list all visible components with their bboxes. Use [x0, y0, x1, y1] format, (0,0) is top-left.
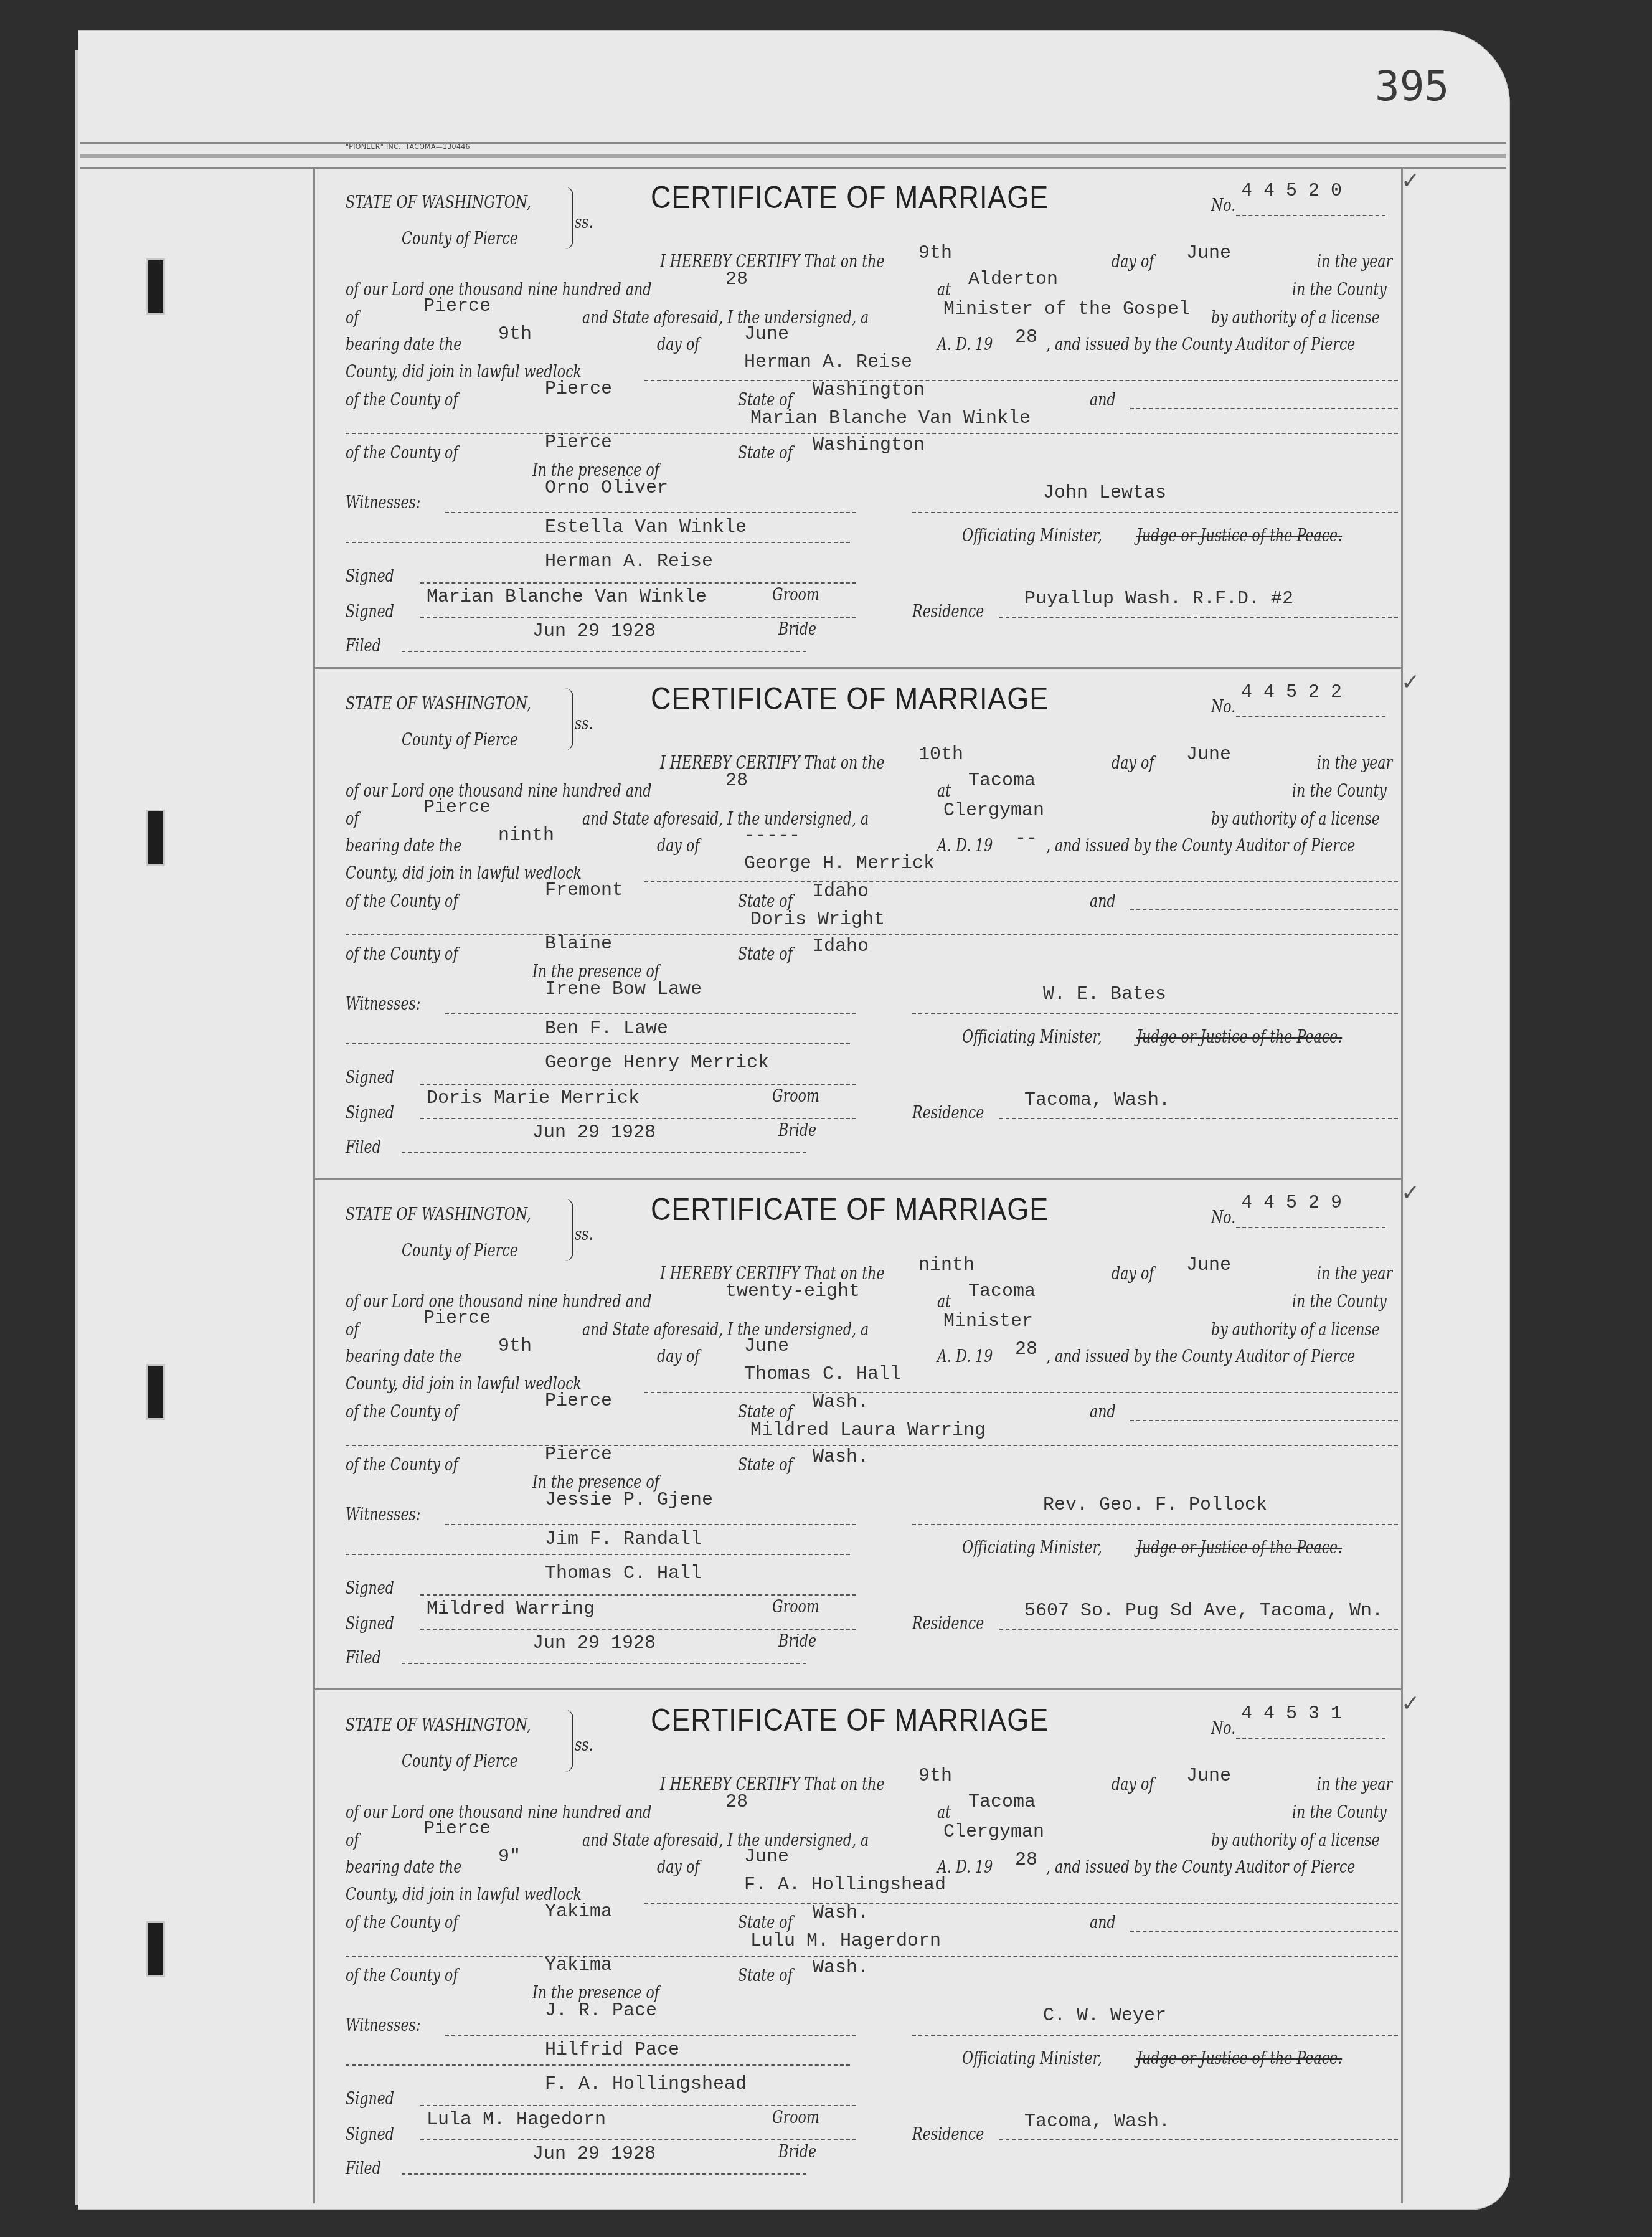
field-line	[402, 2173, 806, 2175]
signed-label: Signed	[346, 1068, 394, 1087]
officiant-name: Rev. Geo. F. Pollock	[1043, 1495, 1267, 1516]
field-line	[644, 380, 1398, 381]
number-line	[1236, 1227, 1385, 1228]
line2-text: at	[937, 1803, 951, 1822]
checkmark-icon: ✓	[1401, 669, 1420, 695]
groom-name: Herman A. Reise	[744, 352, 912, 373]
license-year: --	[1015, 828, 1037, 849]
county-of-label: of the County of	[346, 1913, 458, 1932]
line4-text: , and issued by the County Auditor of Pi…	[1046, 1858, 1355, 1877]
struck-title: Judge or Justice of the Peace.	[1136, 526, 1342, 546]
state-label: STATE OF WASHINGTON,	[346, 1716, 531, 1735]
witnesses-label: Witnesses:	[346, 493, 420, 513]
bride-signature: Mildred Warring	[427, 1599, 595, 1620]
line3-text: by authority of a license	[1211, 308, 1380, 328]
field-line	[644, 1903, 1398, 1904]
struck-title: Judge or Justice of the Peace.	[1136, 1538, 1342, 1558]
and-label: and	[1090, 892, 1116, 911]
marriage-day: ninth	[918, 1255, 975, 1276]
line4-text: A. D. 19	[937, 1347, 993, 1366]
line4-text: A. D. 19	[937, 836, 993, 856]
officiant-name: John Lewtas	[1043, 483, 1166, 504]
line4-text: day of	[657, 1347, 699, 1366]
state-of-label: State of	[738, 1455, 793, 1475]
ss-label: ss.	[575, 1225, 593, 1244]
residence-label: Residence	[912, 2125, 984, 2144]
bride-name: Lulu M. Hagerdorn	[750, 1931, 941, 1952]
bride-name: Marian Blanche Van Winkle	[750, 408, 1031, 429]
line4-text: , and issued by the County Auditor of Pi…	[1046, 1347, 1355, 1366]
line3-text: of	[346, 308, 359, 328]
field-line	[1130, 909, 1398, 910]
certificate-title: CERTIFICATE OF MARRIAGE	[651, 1702, 1049, 1738]
line3-text: and State aforesaid, I the undersigned, …	[582, 308, 869, 328]
bride-label: Bride	[778, 1121, 816, 1140]
field-line	[1130, 408, 1398, 409]
groom-county: Fremont	[545, 880, 623, 901]
field-line	[1130, 1420, 1398, 1421]
state-of-label: State of	[738, 1402, 793, 1422]
witness-1: Irene Bow Lawe	[545, 979, 702, 1000]
state-of-label: State of	[738, 1966, 793, 1985]
witness-2: Estella Van Winkle	[545, 517, 747, 538]
line4-text: day of	[657, 1858, 699, 1877]
line4-text: , and issued by the County Auditor of Pi…	[1046, 836, 1355, 856]
marriage-year: twenty-eight	[725, 1281, 860, 1302]
line2-text: at	[937, 1292, 951, 1312]
bride-signature: Marian Blanche Van Winkle	[427, 587, 707, 608]
line3-text: and State aforesaid, I the undersigned, …	[582, 1831, 869, 1850]
field-line	[912, 1013, 1398, 1014]
residence: 5607 So. Pug Sd Ave, Tacoma, Wn.	[1024, 1601, 1383, 1622]
county-of-label: of the County of	[346, 390, 458, 410]
marriage-day: 9th	[918, 243, 952, 264]
field-line	[420, 617, 856, 618]
line1-text: in the year	[1317, 1264, 1392, 1284]
page-number: 395	[1375, 62, 1449, 110]
field-line	[420, 582, 856, 584]
filed-label: Filed	[346, 1138, 381, 1157]
number-label: No.	[1211, 1719, 1235, 1738]
header-rule	[80, 167, 1506, 169]
groom-signature: Thomas C. Hall	[545, 1563, 702, 1584]
binder-hole	[146, 1921, 165, 1977]
state-label: STATE OF WASHINGTON,	[346, 694, 531, 714]
bride-label: Bride	[778, 1632, 816, 1651]
line4-text: bearing date the	[346, 1347, 461, 1366]
county-of-label: of the County of	[346, 443, 458, 463]
field-line	[420, 1629, 856, 1630]
field-line	[644, 1392, 1398, 1393]
bride-signature: Doris Marie Merrick	[427, 1088, 640, 1109]
certificate-separator	[314, 1178, 1401, 1180]
residence: Tacoma, Wash.	[1024, 1090, 1170, 1111]
residence-label: Residence	[912, 1104, 984, 1123]
line2-text: in the County	[1292, 1803, 1387, 1822]
line3-text: of	[346, 1320, 359, 1340]
line2-text: in the County	[1292, 782, 1387, 801]
state-of-label: State of	[738, 1913, 793, 1932]
bride-name: Doris Wright	[750, 909, 885, 930]
binder-hole	[146, 1364, 165, 1420]
groom-signature: Herman A. Reise	[545, 551, 713, 572]
number-label: No.	[1211, 1208, 1235, 1227]
state-of-label: State of	[738, 892, 793, 911]
license-year: 28	[1015, 1850, 1037, 1871]
officiant-name: C. W. Weyer	[1043, 2005, 1166, 2027]
number-line	[1236, 215, 1385, 216]
line2-text: in the County	[1292, 1292, 1387, 1312]
line2-text: of our Lord one thousand nine hundred an…	[346, 280, 651, 300]
struck-title: Judge or Justice of the Peace.	[1136, 1028, 1342, 1047]
county-label: County of Pierce	[402, 1241, 518, 1260]
filed-label: Filed	[346, 2159, 381, 2178]
line1-text: in the year	[1317, 754, 1392, 773]
bride-name: Mildred Laura Warring	[750, 1420, 986, 1441]
bride-signature: Lula M. Hagedorn	[427, 2109, 606, 2131]
line3-text: of	[346, 1831, 359, 1850]
state-label: STATE OF WASHINGTON,	[346, 1205, 531, 1224]
officiant-title: Clergyman	[943, 800, 1044, 821]
certificate-separator	[314, 667, 1401, 669]
field-line	[346, 1043, 850, 1044]
certificate-number: 4 4 5 3 1	[1241, 1703, 1342, 1724]
bride-county: Pierce	[545, 1444, 612, 1465]
checkmark-icon: ✓	[1401, 168, 1420, 194]
marriage-year: 28	[725, 1792, 748, 1813]
witness-1: Jessie P. Gjene	[545, 1490, 713, 1511]
ss-label: ss.	[575, 1736, 593, 1755]
bride-state: Wash.	[813, 1957, 869, 1979]
marriage-place: Tacoma	[968, 770, 1036, 792]
line1-text: in the year	[1317, 1775, 1392, 1794]
officiating-label: Officiating Minister,	[962, 2049, 1102, 2068]
marriage-month: June	[1186, 1766, 1231, 1787]
bride-label: Bride	[778, 620, 816, 639]
brace	[564, 187, 573, 249]
filed-date: Jun 29 1928	[532, 1633, 656, 1654]
line1-text: in the year	[1317, 252, 1392, 272]
witnesses-label: Witnesses:	[346, 1505, 420, 1525]
line4-text: bearing date the	[346, 836, 461, 856]
certificate-title: CERTIFICATE OF MARRIAGE	[651, 1191, 1049, 1227]
bride-state: Idaho	[813, 936, 869, 957]
field-line	[420, 2105, 856, 2106]
officiant-name: W. E. Bates	[1043, 984, 1166, 1005]
residence: Puyallup Wash. R.F.D. #2	[1024, 589, 1293, 610]
line3-text: by authority of a license	[1211, 1831, 1380, 1850]
field-line	[912, 1524, 1398, 1525]
header-rule-thick	[80, 154, 1506, 158]
bride-county: Blaine	[545, 934, 612, 955]
license-year: 28	[1015, 327, 1037, 348]
field-line	[402, 651, 806, 652]
certificate-separator	[314, 1688, 1401, 1690]
witness-1: J. R. Pace	[545, 2000, 657, 2022]
county-of-label: of the County of	[346, 1966, 458, 1985]
groom-name: F. A. Hollingshead	[744, 1875, 946, 1896]
line1-text: day of	[1112, 1264, 1154, 1284]
license-year: 28	[1015, 1339, 1037, 1360]
brace	[564, 1199, 573, 1261]
groom-state: Wash.	[813, 1903, 869, 1924]
signed-label: Signed	[346, 602, 394, 622]
county-of-label: of the County of	[346, 945, 458, 964]
license-day: ninth	[498, 825, 554, 846]
line2-text: of our Lord one thousand nine hundred an…	[346, 1803, 651, 1822]
county-of-label: of the County of	[346, 892, 458, 911]
officiating-label: Officiating Minister,	[962, 526, 1102, 546]
field-line	[999, 1118, 1398, 1119]
marriage-day: 9th	[918, 1766, 952, 1787]
field-line	[445, 2035, 856, 2036]
county-of-label: of the County of	[346, 1455, 458, 1475]
field-line	[402, 1663, 806, 1664]
checkmark-icon: ✓	[1401, 1691, 1420, 1716]
field-line	[644, 881, 1398, 882]
binder-hole	[146, 810, 165, 866]
marriage-day: 10th	[918, 744, 963, 765]
license-month: June	[744, 1847, 789, 1868]
witness-2: Hilfrid Pace	[545, 2040, 679, 2061]
signed-label: Signed	[346, 567, 394, 586]
field-line	[346, 934, 1398, 935]
field-line	[346, 1554, 850, 1555]
license-day: 9th	[498, 1336, 532, 1357]
line3-text: by authority of a license	[1211, 810, 1380, 829]
groom-name: George H. Merrick	[744, 853, 935, 874]
groom-county: Pierce	[545, 1391, 612, 1412]
license-month: June	[744, 1336, 789, 1357]
groom-label: Groom	[772, 1597, 819, 1617]
number-label: No.	[1211, 698, 1235, 717]
line1-text: I HEREBY CERTIFY That on the	[660, 754, 885, 773]
line2-text: of our Lord one thousand nine hundred an…	[346, 1292, 651, 1312]
marriage-place: Alderton	[968, 269, 1058, 290]
field-line	[420, 1084, 856, 1085]
line4-text: , and issued by the County Auditor of Pi…	[1046, 335, 1355, 354]
county-label: County of Pierce	[402, 731, 518, 750]
marriage-county: Pierce	[423, 1818, 491, 1840]
field-line	[999, 617, 1398, 618]
groom-state: Washington	[813, 380, 925, 401]
marriage-year: 28	[725, 770, 748, 792]
signed-label: Signed	[346, 1104, 394, 1123]
groom-county: Yakima	[545, 1901, 612, 1922]
line3-text: by authority of a license	[1211, 1320, 1380, 1340]
line4-text: bearing date the	[346, 1858, 461, 1877]
struck-title: Judge or Justice of the Peace.	[1136, 2049, 1342, 2068]
number-line	[1236, 716, 1385, 717]
ss-label: ss.	[575, 213, 593, 232]
field-line	[445, 512, 856, 513]
number-label: No.	[1211, 196, 1235, 215]
groom-label: Groom	[772, 1087, 819, 1106]
brace	[564, 1710, 573, 1772]
filed-date: Jun 29 1928	[532, 1122, 656, 1143]
line1-text: I HEREBY CERTIFY That on the	[660, 1775, 885, 1794]
marriage-month: June	[1186, 1255, 1231, 1276]
checkmark-icon: ✓	[1401, 1180, 1420, 1206]
field-line	[346, 433, 1398, 434]
field-line	[445, 1013, 856, 1014]
signed-label: Signed	[346, 2089, 394, 2109]
line2-text: in the County	[1292, 280, 1387, 300]
field-line	[999, 2139, 1398, 2140]
marriage-county: Pierce	[423, 1308, 491, 1329]
marriage-place: Tacoma	[968, 1792, 1036, 1813]
groom-state: Idaho	[813, 881, 869, 902]
and-label: and	[1090, 1402, 1116, 1422]
header-rule	[80, 142, 1506, 144]
state-of-label: State of	[738, 945, 793, 964]
field-line	[912, 512, 1398, 513]
bride-state: Wash.	[813, 1447, 869, 1468]
and-label: and	[1090, 1913, 1116, 1932]
groom-name: Thomas C. Hall	[744, 1364, 901, 1385]
filed-date: Jun 29 1928	[532, 621, 656, 642]
residence: Tacoma, Wash.	[1024, 2111, 1170, 2132]
field-line	[346, 542, 850, 543]
line1-text: I HEREBY CERTIFY That on the	[660, 252, 885, 272]
field-line	[1130, 1931, 1398, 1932]
license-month: June	[744, 324, 789, 345]
witness-2: Ben F. Lawe	[545, 1018, 668, 1039]
line4-text: day of	[657, 836, 699, 856]
binder-hole	[146, 258, 165, 315]
witness-2: Jim F. Randall	[545, 1529, 702, 1550]
residence-label: Residence	[912, 1614, 984, 1634]
field-line	[346, 2064, 850, 2066]
residence-label: Residence	[912, 602, 984, 622]
bride-label: Bride	[778, 2142, 816, 2162]
field-line	[346, 1956, 1398, 1957]
field-line	[999, 1629, 1398, 1630]
field-line	[420, 2139, 856, 2140]
witnesses-label: Witnesses:	[346, 995, 420, 1014]
groom-label: Groom	[772, 585, 819, 605]
witness-1: Orno Oliver	[545, 478, 668, 499]
bride-state: Washington	[813, 435, 925, 456]
field-line	[420, 1118, 856, 1119]
ss-label: ss.	[575, 714, 593, 734]
line3-text: of	[346, 810, 359, 829]
number-line	[1236, 1738, 1385, 1739]
signed-label: Signed	[346, 1614, 394, 1634]
marriage-month: June	[1186, 243, 1231, 264]
line1-text: day of	[1112, 754, 1154, 773]
signed-label: Signed	[346, 1579, 394, 1598]
officiating-label: Officiating Minister,	[962, 1538, 1102, 1558]
line1-text: day of	[1112, 1775, 1154, 1794]
certificate-title: CERTIFICATE OF MARRIAGE	[651, 179, 1049, 215]
filed-label: Filed	[346, 636, 381, 656]
license-day: 9th	[498, 324, 532, 345]
marriage-place: Tacoma	[968, 1281, 1036, 1302]
county-label: County of Pierce	[402, 1752, 518, 1771]
witnesses-label: Witnesses:	[346, 2016, 420, 2035]
filed-label: Filed	[346, 1648, 381, 1668]
marriage-county: Pierce	[423, 797, 491, 818]
left-margin-rule	[313, 167, 315, 2203]
groom-state: Wash.	[813, 1392, 869, 1413]
marriage-year: 28	[725, 269, 748, 290]
field-line	[402, 1152, 806, 1153]
line3-text: and State aforesaid, I the undersigned, …	[582, 1320, 869, 1340]
and-label: and	[1090, 390, 1116, 410]
officiant-title: Minister	[943, 1311, 1033, 1332]
license-day: 9"	[498, 1847, 521, 1868]
field-line	[445, 1524, 856, 1525]
certificate-number: 4 4 5 2 9	[1241, 1193, 1342, 1214]
field-line	[912, 2035, 1398, 2036]
state-label: STATE OF WASHINGTON,	[346, 193, 531, 212]
line2-text: at	[937, 280, 951, 300]
certificate-number: 4 4 5 2 2	[1241, 682, 1342, 703]
line2-text: at	[937, 782, 951, 801]
line4-text: day of	[657, 335, 699, 354]
line3-text: and State aforesaid, I the undersigned, …	[582, 810, 869, 829]
marriage-county: Pierce	[423, 296, 491, 317]
field-line	[346, 1445, 1398, 1446]
license-month: -----	[744, 825, 800, 846]
signed-label: Signed	[346, 2125, 394, 2144]
groom-signature: F. A. Hollingshead	[545, 2074, 747, 2095]
certificate-title: CERTIFICATE OF MARRIAGE	[651, 681, 1049, 717]
certificate-number: 4 4 5 2 0	[1241, 181, 1342, 202]
groom-signature: George Henry Merrick	[545, 1052, 769, 1074]
groom-county: Pierce	[545, 379, 612, 400]
county-label: County of Pierce	[402, 229, 518, 248]
line1-text: day of	[1112, 252, 1154, 272]
line2-text: of our Lord one thousand nine hundred an…	[346, 782, 651, 801]
officiant-title: Minister of the Gospel	[943, 299, 1190, 320]
bride-county: Pierce	[545, 432, 612, 453]
line4-text: bearing date the	[346, 335, 461, 354]
officiating-label: Officiating Minister,	[962, 1028, 1102, 1047]
county-of-label: of the County of	[346, 1402, 458, 1422]
brace	[564, 688, 573, 750]
line4-text: A. D. 19	[937, 335, 993, 354]
groom-label: Groom	[772, 2108, 819, 2127]
field-line	[420, 1594, 856, 1596]
marriage-month: June	[1186, 744, 1231, 765]
state-of-label: State of	[738, 443, 793, 463]
filed-date: Jun 29 1928	[532, 2144, 656, 2165]
bride-county: Yakima	[545, 1955, 612, 1976]
state-of-label: State of	[738, 390, 793, 410]
officiant-title: Clergyman	[943, 1822, 1044, 1843]
